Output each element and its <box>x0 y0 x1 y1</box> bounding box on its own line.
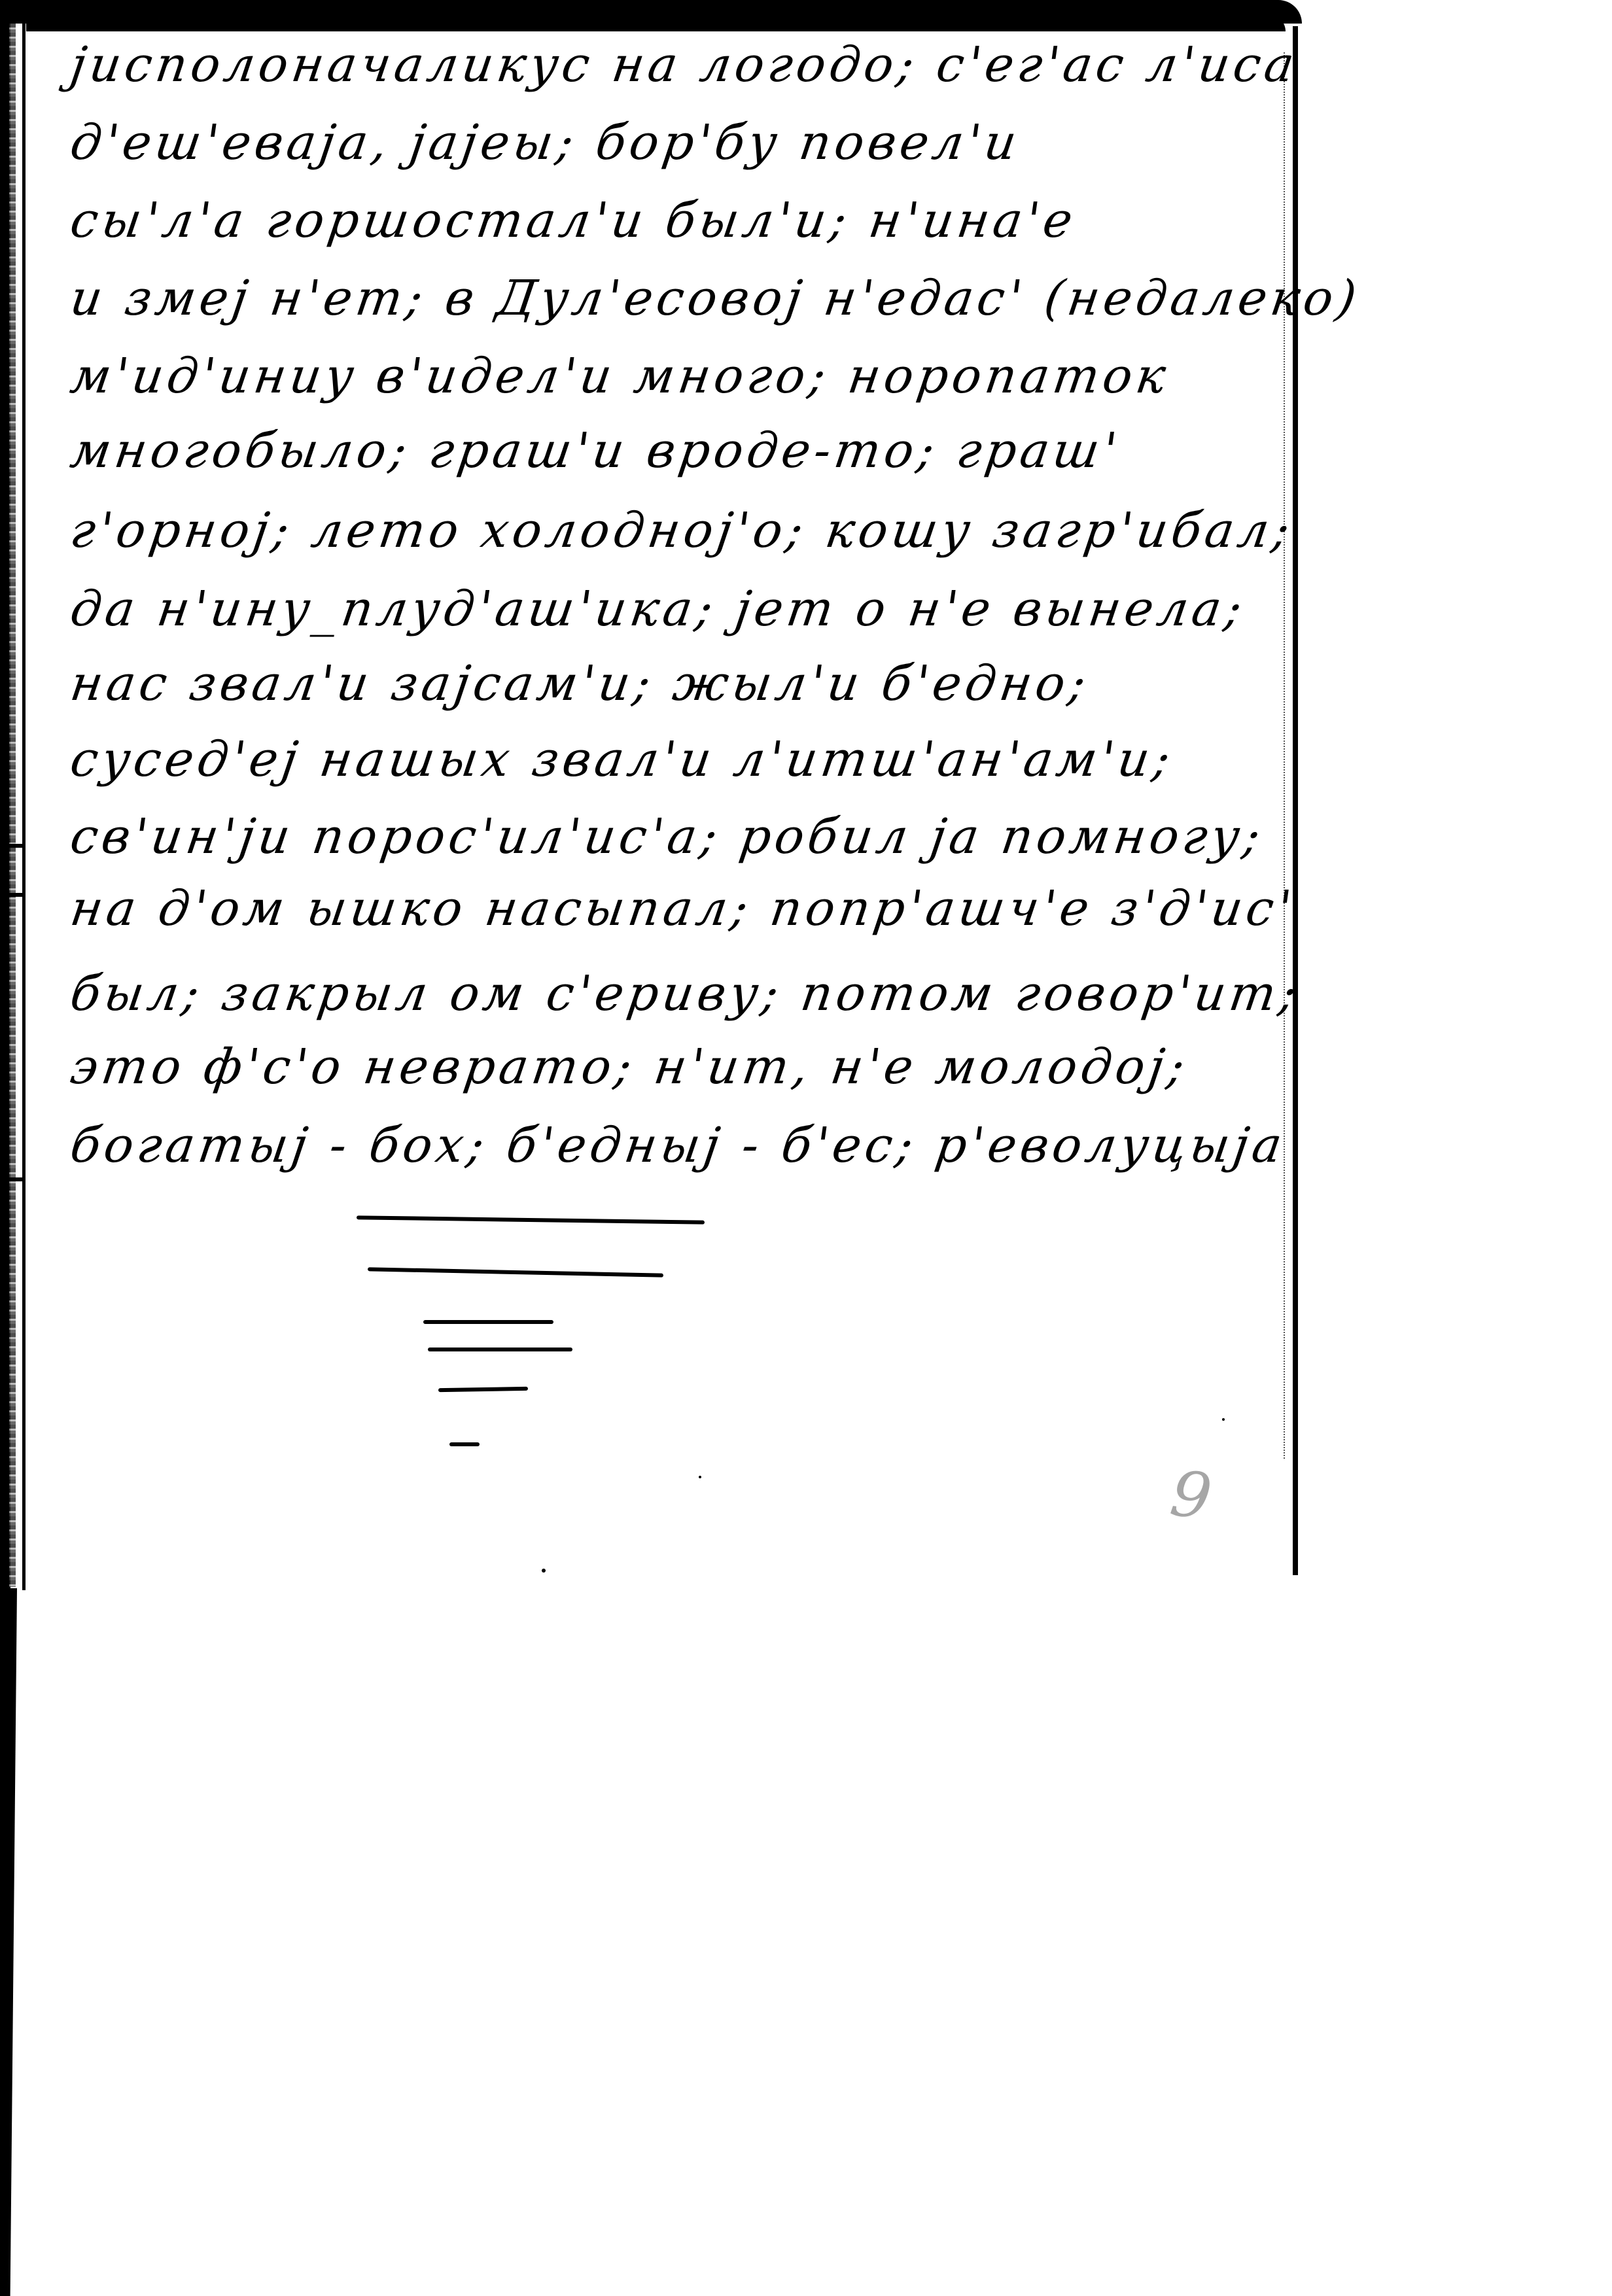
end-mark-stroke <box>438 1387 528 1392</box>
scan-right-border <box>1293 26 1298 1575</box>
scan-left-notch <box>7 1177 25 1181</box>
text-line: г'орној; лето холодној'о; кошу загр'ибал… <box>65 492 1299 570</box>
text-line: и змеј н'ет; в Дул'есовој н'едас' (недал… <box>65 260 1365 338</box>
text-line: св'ин'ји порос'ил'ис'а; робил ја помногу… <box>65 798 1269 876</box>
text-line: јисполоначаликус на логодо; с'ег'ас л'ис… <box>65 26 1303 104</box>
text-line: д'еш'евајa, јајеы; бор'бу повел'и <box>65 104 1025 182</box>
text-line: сы'л'а горшостал'и был'и; н'ина'е <box>65 182 1081 260</box>
scan-speck <box>1222 1418 1225 1421</box>
page-number: 9 <box>1166 1456 1216 1534</box>
scan-speck <box>699 1476 701 1478</box>
text-line: сусед'еј нашых звал'и л'итш'ан'ам'и; <box>65 721 1179 799</box>
end-mark-stroke <box>428 1348 572 1351</box>
text-line: был; закрыл ом с'ериву; потом говор'ит; <box>65 955 1305 1033</box>
scan-left-notch <box>7 844 25 848</box>
text-line: да н'ину_плуд'аш'ика; јет о н'е вынела; <box>65 570 1251 648</box>
text-line: многобыло; граш'и вроде-то; граш' <box>65 412 1126 490</box>
end-mark-stroke <box>449 1442 480 1446</box>
end-mark-stroke <box>357 1215 705 1224</box>
end-mark-stroke <box>368 1267 663 1277</box>
text-line: богатыј - бох; б'едныј - б'ес; р'еволуцы… <box>65 1107 1291 1185</box>
scan-left-notch <box>7 893 25 897</box>
text-line: нас звал'и зајсам'и; жыл'и б'едно; <box>65 645 1095 723</box>
text-line: на д'ом ышко насыпал; попр'ашч'е з'д'ис' <box>65 870 1300 948</box>
scan-left-speckle <box>9 24 16 1587</box>
scan-left-rule <box>22 24 26 1590</box>
end-mark-stroke <box>423 1320 553 1324</box>
text-line: м'ид'иниу в'идел'и много; норопаток <box>65 338 1174 415</box>
text-line: это ф'с'о неврато; н'ит, н'е молодој; <box>65 1028 1193 1106</box>
scan-speck <box>542 1569 546 1573</box>
scan-left-lower-border <box>0 1588 17 2296</box>
